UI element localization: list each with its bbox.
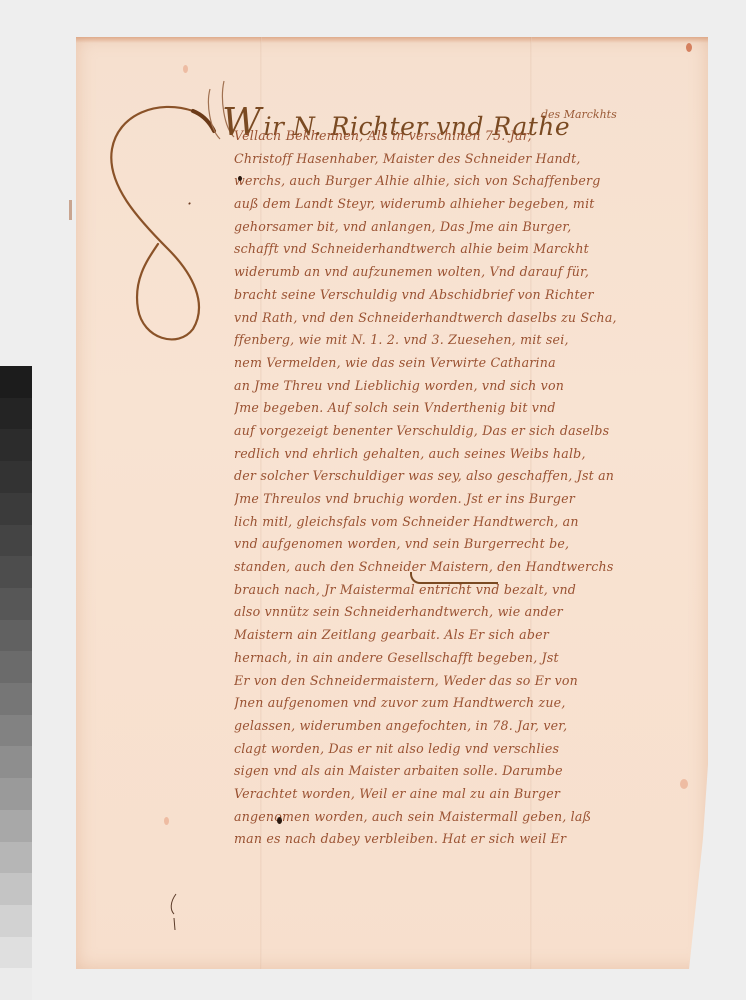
manuscript-line: sigen vnd als ain Maister arbaiten solle…	[234, 760, 700, 783]
heading-tail: des Marckhts	[541, 108, 617, 121]
manuscript-line: man es nach dabey verbleiben. Hat er sic…	[234, 828, 700, 851]
manuscript-line: Jnen aufgenomen vnd zuvor zum Handtwerch…	[234, 692, 700, 715]
gray-patch	[0, 778, 32, 810]
manuscript-line: Verachtet worden, Weil er aine mal zu ai…	[234, 783, 700, 806]
margin-mark: ·	[187, 194, 192, 213]
gray-patch	[0, 683, 32, 715]
manuscript-line: gehorsamer bit, vnd anlangen, Das Jme ai…	[234, 216, 700, 239]
manuscript-line: nem Vermelden, wie das sein Verwirte Cat…	[234, 352, 700, 375]
manuscript-line: Jme begeben. Auf solch sein Vnderthenig …	[234, 397, 700, 420]
ink-stain	[686, 43, 692, 52]
manuscript-line: hernach, in ain andere Gesellschafft beg…	[234, 647, 700, 670]
manuscript-line: angenomen worden, auch sein Maistermall …	[234, 806, 700, 829]
gray-patch	[0, 429, 32, 461]
manuscript-line: werchs, auch Burger Alhie alhie, sich vo…	[234, 170, 700, 193]
manuscript-line: der solcher Verschuldiger was sey, also …	[234, 465, 700, 488]
manuscript-line: Maistern ain Zeitlang gearbait. Als Er s…	[234, 624, 700, 647]
gray-patch	[0, 620, 32, 652]
manuscript-line: an Jme Threu vnd Lieblichig worden, vnd …	[234, 375, 700, 398]
gray-patch	[0, 461, 32, 493]
manuscript-line: gelassen, widerumben angefochten, in 78.…	[234, 715, 700, 738]
gray-patch	[0, 493, 32, 525]
gray-patch	[0, 842, 32, 874]
gray-patch	[0, 651, 32, 683]
gray-patch	[0, 588, 32, 620]
gray-patch	[0, 905, 32, 937]
manuscript-line: vnd Rath, vnd den Schneiderhandtwerch da…	[234, 307, 700, 330]
gray-patch	[0, 746, 32, 778]
manuscript-line: redlich vnd ehrlich gehalten, auch seine…	[234, 443, 700, 466]
line-filler-stroke	[410, 572, 498, 584]
manuscript-line: widerumb an vnd aufzunemen wolten, Vnd d…	[234, 261, 700, 284]
manuscript-line: also vnnütz sein Schneiderhandtwerch, wi…	[234, 601, 700, 624]
stray-pen-stroke-icon	[168, 892, 180, 932]
grayscale-calibration-strip	[0, 366, 32, 1000]
gray-patch	[0, 398, 32, 430]
manuscript-line: Jme Threulos vnd bruchig worden. Jst er …	[234, 488, 700, 511]
manuscript-line: vnd aufgenomen worden, vnd sein Burgerre…	[234, 533, 700, 556]
gray-patch	[0, 556, 32, 588]
manuscript-line: auf vorgezeigt benenter Verschuldig, Das…	[234, 420, 700, 443]
manuscript-line: Christoff Hasenhaber, Maister des Schnei…	[234, 148, 700, 171]
manuscript-line: lich mitl, gleichsfals vom Schneider Han…	[234, 511, 700, 534]
manuscript-line: bracht seine Verschuldig vnd Abschidbrie…	[234, 284, 700, 307]
gray-patch	[0, 810, 32, 842]
ink-dot	[277, 817, 282, 824]
manuscript-line: ffenberg, wie mit N. 1. 2. vnd 3. Zueseh…	[234, 329, 700, 352]
manuscript-page: Wir N. Richter vnd Rathe des Marckhts · …	[76, 37, 708, 969]
page-edge-tab	[69, 200, 72, 220]
ink-dot	[238, 176, 242, 181]
manuscript-line: auß dem Landt Steyr, widerumb alhieher b…	[234, 193, 700, 216]
page-top-edge	[76, 37, 708, 43]
manuscript-line: Vellach Bekhennen, Als in verschinen 75.…	[234, 125, 700, 148]
gray-patch	[0, 873, 32, 905]
manuscript-line: clagt worden, Das er nit also ledig vnd …	[234, 738, 700, 761]
gray-patch	[0, 525, 32, 557]
manuscript-line: Er von den Schneidermaistern, Weder das …	[234, 670, 700, 693]
gray-patch	[0, 937, 32, 969]
paper-stain	[164, 817, 169, 825]
gray-patch	[0, 968, 32, 1000]
gray-patch	[0, 715, 32, 747]
gray-patch	[0, 366, 32, 398]
manuscript-body: Vellach Bekhennen, Als in verschinen 75.…	[234, 125, 700, 851]
manuscript-line: schafft vnd Schneiderhandtwerch alhie be…	[234, 238, 700, 261]
